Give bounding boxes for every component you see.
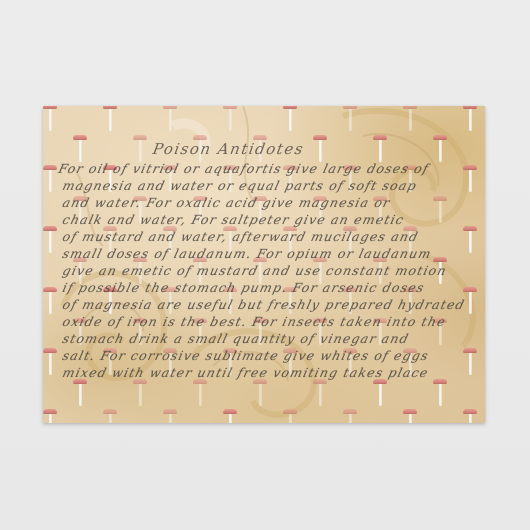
text-line: stomach drink a small quantity of vinega… bbox=[61, 331, 485, 346]
text-line: small doses of laudanum. For opium or la… bbox=[61, 246, 485, 261]
product-preview-stage: Poison Antidotes For oil of vitriol or a… bbox=[0, 0, 530, 530]
text-line: oxide of iron is the best. For insects t… bbox=[61, 314, 485, 329]
text-line: For oil of vitriol or aquafortis give la… bbox=[57, 161, 481, 176]
text-line: and water. For oxalic acid give magnesia… bbox=[61, 195, 485, 210]
document-title: Poison Antidotes bbox=[151, 140, 305, 158]
text-line: salt. For corrosive sublimate give white… bbox=[61, 348, 485, 363]
text-line: mixed with water until free vomiting tak… bbox=[61, 365, 485, 380]
text-line: of mustard and water, afterward mucilage… bbox=[61, 229, 485, 244]
flat-card-print: Poison Antidotes For oil of vitriol or a… bbox=[43, 106, 485, 423]
text-line: chalk and water, For saltpeter give an e… bbox=[61, 212, 485, 227]
text-line: magnesia and water or equal parts of sof… bbox=[61, 178, 485, 193]
text-line: if possible the stomach pump. For arseni… bbox=[61, 280, 485, 295]
handwritten-recipe: Poison Antidotes For oil of vitriol or a… bbox=[43, 106, 485, 423]
text-line: give an emetic of mustard and use consta… bbox=[61, 263, 485, 278]
text-line: of magnesia are useful but freshly prepa… bbox=[61, 297, 485, 312]
